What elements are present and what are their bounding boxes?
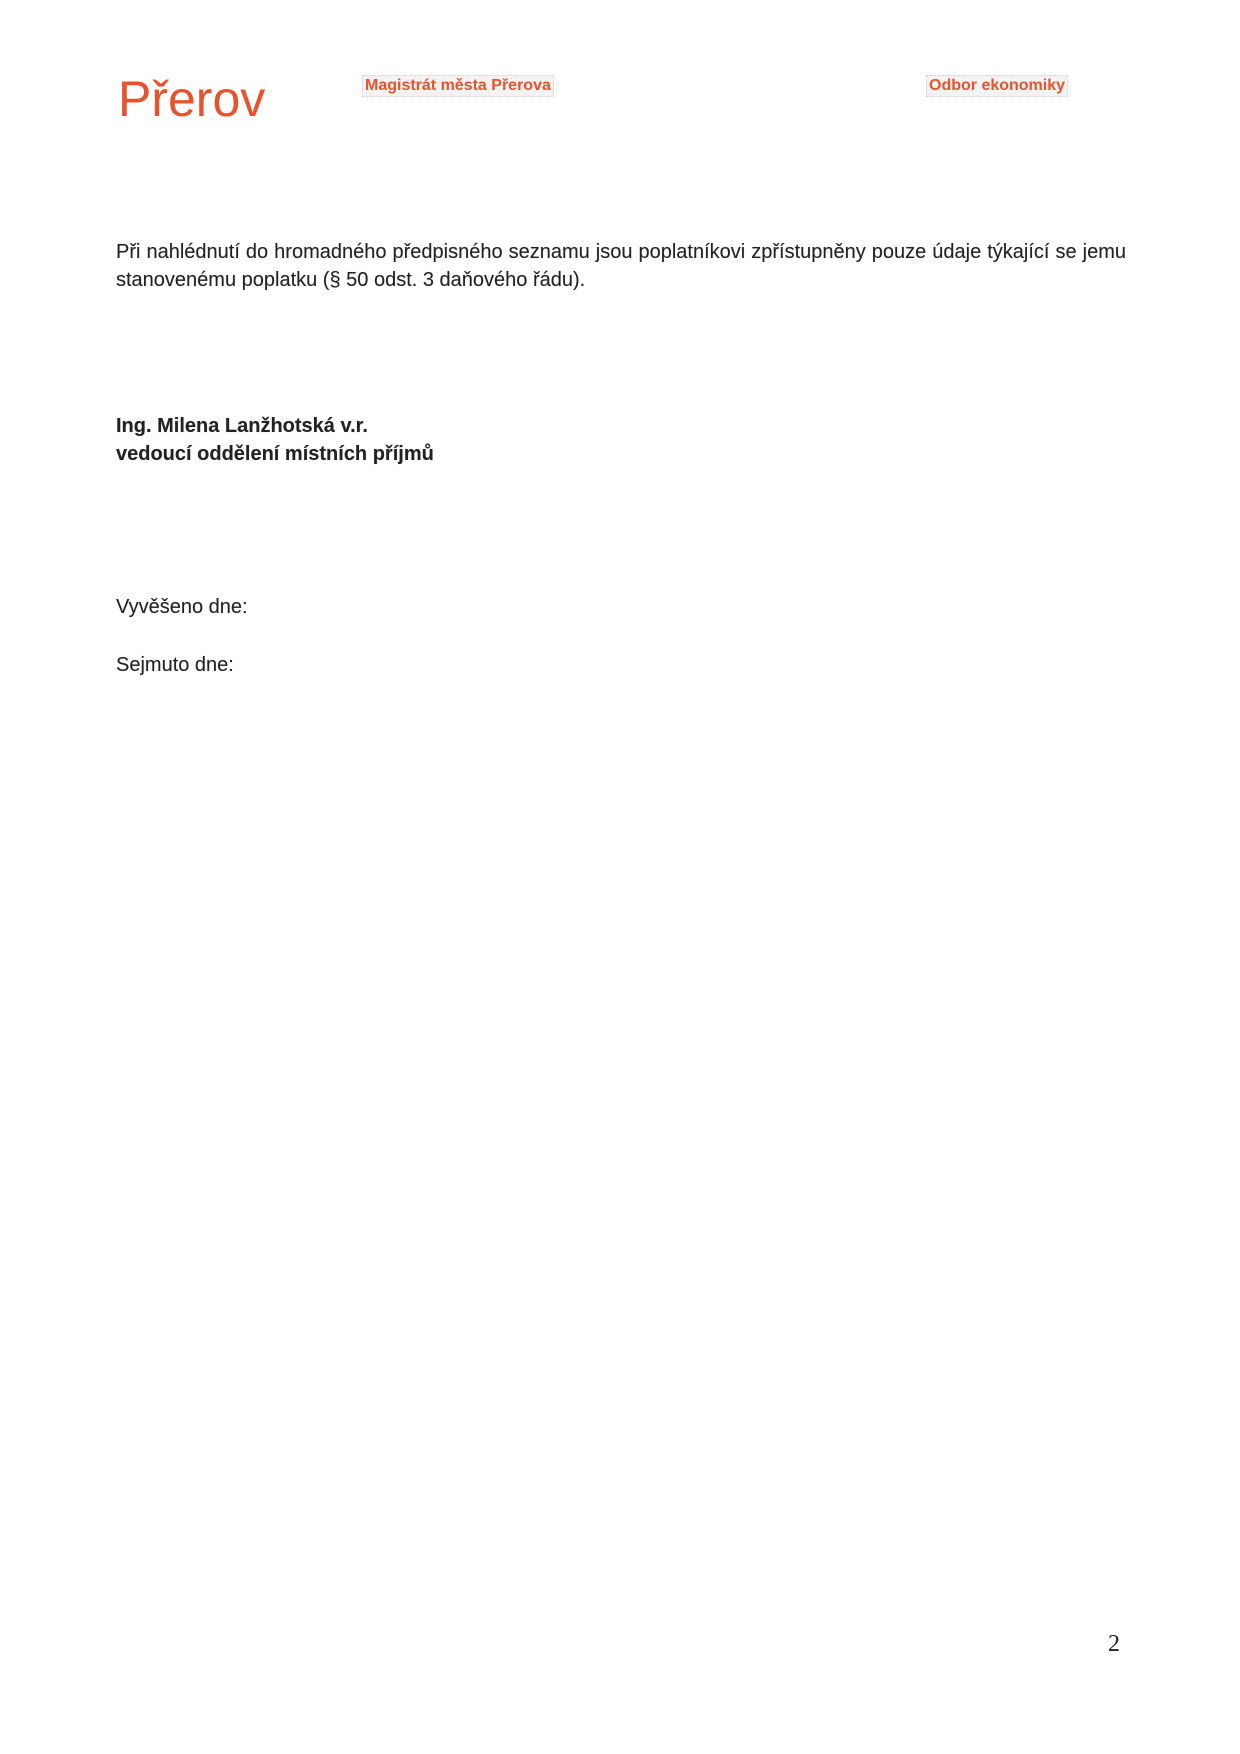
body-paragraph: Při nahlédnutí do hromadného předpisného… [116, 238, 1126, 294]
page-number: 2 [1108, 1630, 1120, 1658]
posted-date-label: Vyvěšeno dne: [116, 594, 248, 620]
signatory-name: Ing. Milena Lanžhotská v.r. [116, 412, 434, 440]
signatory-title: vedoucí oddělení místních příjmů [116, 440, 434, 468]
removed-date-label: Sejmuto dne: [116, 652, 234, 678]
department-name: Odbor ekonomiky [926, 75, 1068, 97]
organization-name: Magistrát města Přerova [362, 75, 554, 97]
city-logo: Přerov [118, 70, 318, 128]
prerov-logo-icon: Přerov [118, 70, 318, 128]
svg-text:Přerov: Přerov [118, 71, 265, 127]
signature-block: Ing. Milena Lanžhotská v.r. vedoucí oddě… [116, 412, 434, 468]
